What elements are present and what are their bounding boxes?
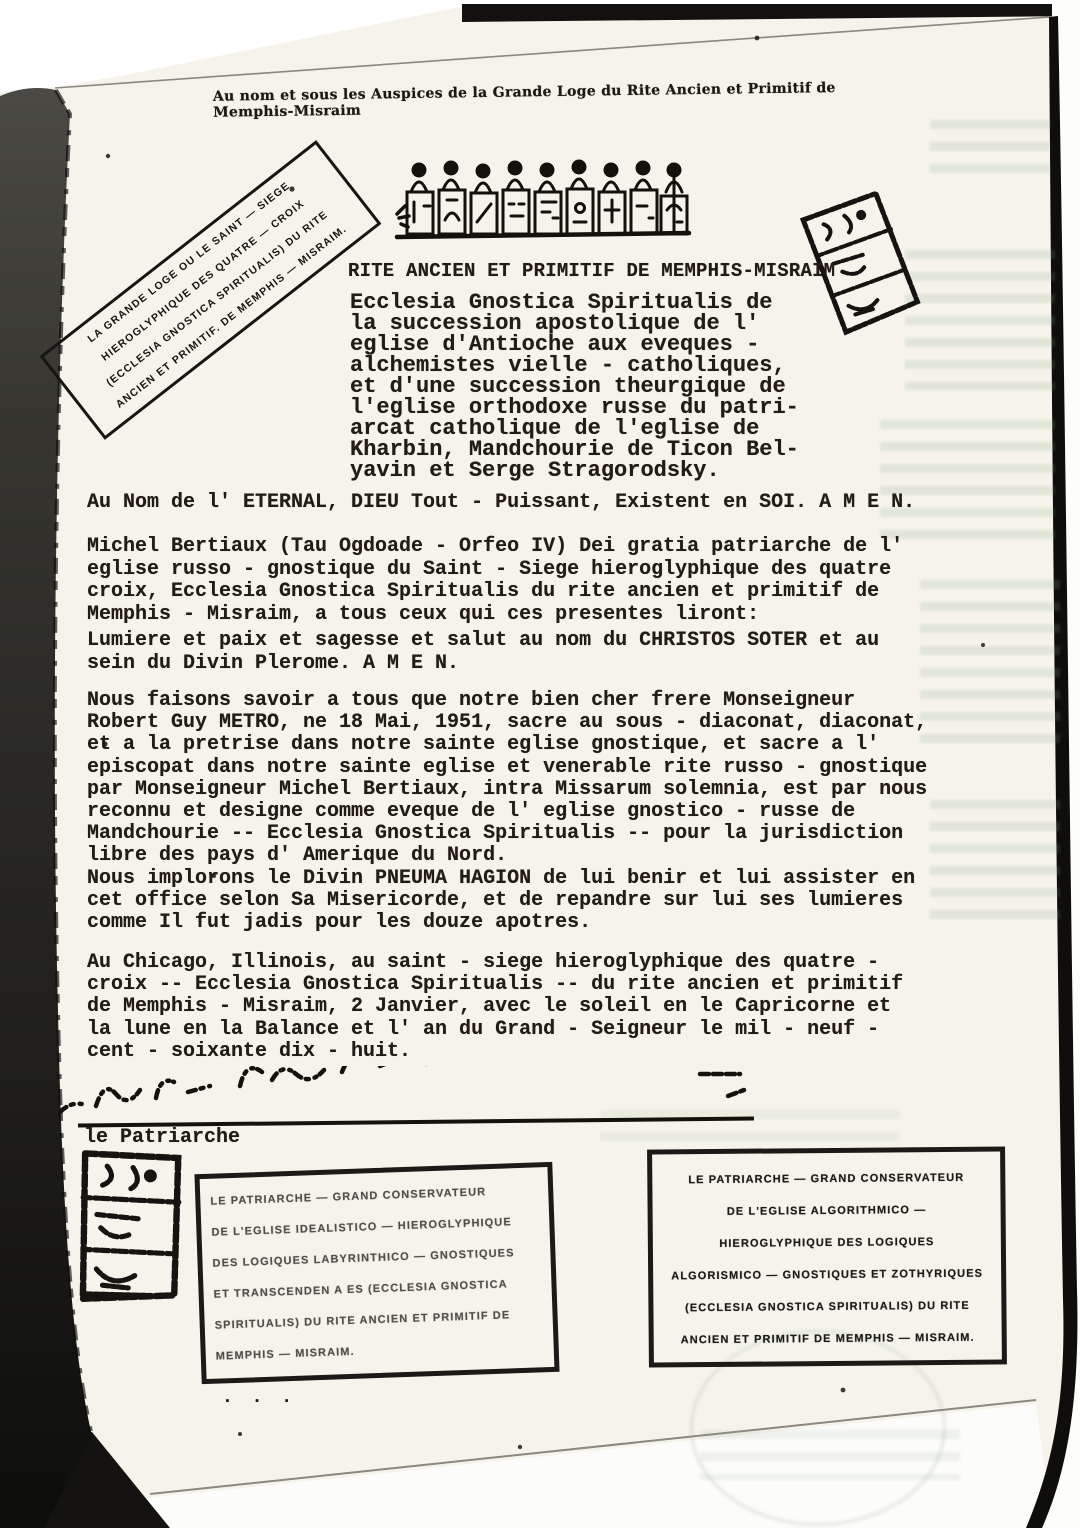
patriarch-seal-left-text: LE PATRIARCHE — GRAND CONSERVATEUR DE L'…: [210, 1175, 548, 1372]
paragraph-invocation: Au Nom de l' ETERNAL, DIEU Tout - Puissa…: [87, 492, 915, 514]
document-title: RITE ANCIEN ET PRIMITIF DE MEMPHIS-MISRA…: [348, 260, 835, 282]
bleed-through-text: [905, 250, 1055, 390]
ellipsis-mark: . . .: [222, 1388, 296, 1408]
scanned-document-photo: Au nom et sous les Auspices de la Grande…: [0, 0, 1080, 1528]
bleed-through-text: [880, 420, 1055, 550]
hieroglyph-cartouche-stamp: [40, 1138, 209, 1321]
patriarch-seal-left: LE PATRIARCHE — GRAND CONSERVATEUR DE L'…: [194, 1162, 559, 1384]
bleed-through-text: [920, 580, 1060, 750]
paragraph-blessing: Nous implorons le Divin PNEUMA HAGION de…: [87, 868, 915, 935]
paragraph-dateline: Au Chicago, Illinois, au saint - siege h…: [87, 952, 903, 1063]
paragraph-succession: Ecclesia Gnostica Spiritualis de la succ…: [350, 292, 799, 481]
paragraph-proclamation: Nous faisons savoir a tous que notre bie…: [87, 690, 927, 868]
paragraph-greeting: Lumiere et paix et sagesse et salut au n…: [87, 630, 879, 675]
bleed-through-text: [930, 120, 1050, 180]
hieroglyph-procession-drawing: [393, 156, 693, 246]
handwritten-signature: [52, 1066, 762, 1124]
paragraph-patriarch-grant: Michel Bertiaux (Tau Ogdoade - Orfeo IV)…: [87, 536, 903, 626]
patriarch-seal-right-text: LE PATRIARCHE — GRAND CONSERVATEUR DE L'…: [656, 1162, 998, 1357]
patriarch-seal-right: LE PATRIARCHE — GRAND CONSERVATEUR DE L'…: [647, 1146, 1007, 1367]
bleed-through-text: [930, 800, 1060, 920]
